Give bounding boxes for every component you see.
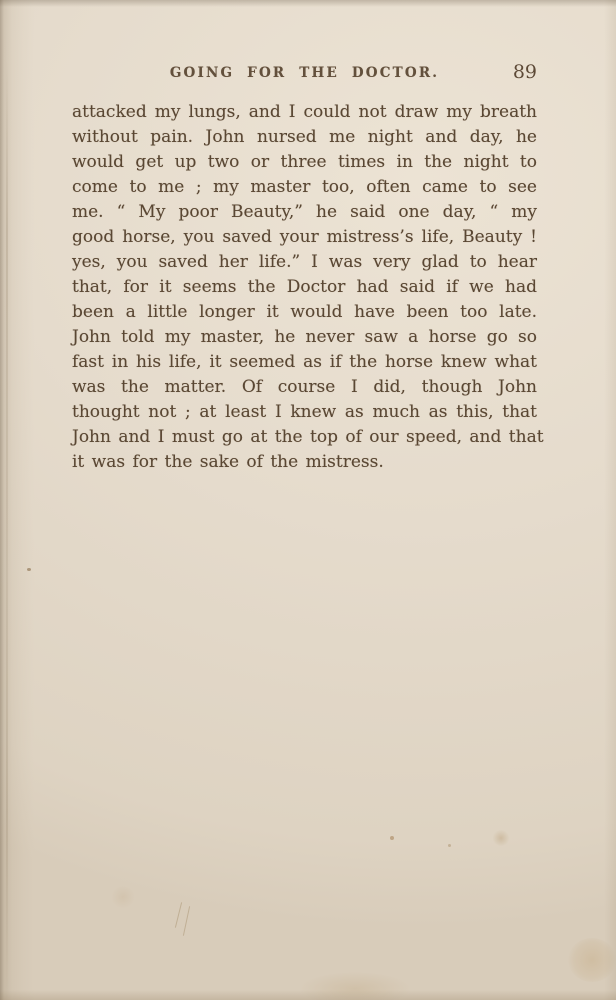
page-right-edge-shadow (604, 0, 616, 1000)
text-line: that, for it seems the Doctor had said i… (72, 275, 537, 300)
page-number: 89 (513, 61, 537, 83)
body-text: attacked my lungs, and I could not draw … (72, 100, 537, 475)
paper-stain (110, 886, 136, 908)
text-line: fast in his life, it seemed as if the ho… (72, 350, 537, 375)
text-line: yes, you saved her life.” I was very gla… (72, 250, 537, 275)
text-line: come to me ; my master too, often came t… (72, 175, 537, 200)
page-left-edge-shadow (0, 0, 34, 1000)
text-line: thought not ; at least I knew as much as… (72, 400, 537, 425)
text-line: would get up two or three times in the n… (72, 150, 537, 175)
page-crease (6, 60, 8, 1000)
page-top-edge-shadow (0, 0, 616, 7)
paper-stain (300, 972, 410, 1000)
book-page-scan: GOING FOR THE DOCTOR. 89 attacked my lun… (0, 0, 616, 1000)
running-head: GOING FOR THE DOCTOR. 89 (72, 63, 537, 85)
text-line: been a little longer it would have been … (72, 300, 537, 325)
text-line: without pain. John nursed me night and d… (72, 125, 537, 150)
paper-stain (568, 938, 616, 982)
paper-speck (448, 844, 451, 847)
text-line: John and I must go at the top of our spe… (72, 425, 537, 450)
page-bottom-edge-shadow (0, 990, 616, 1000)
text-line: me. “ My poor Beauty,” he said one day, … (72, 200, 537, 225)
text-line: was the matter. Of course I did, though … (72, 375, 537, 400)
text-line: attacked my lungs, and I could not draw … (72, 100, 537, 125)
paper-scratch (175, 902, 182, 927)
text-line: it was for the sake of the mistress. (72, 450, 537, 475)
chapter-title: GOING FOR THE DOCTOR. (72, 65, 537, 81)
paper-speck (27, 568, 31, 571)
paper-scratch (183, 906, 190, 936)
text-line: John told my master, he never saw a hors… (72, 325, 537, 350)
paper-stain (492, 830, 510, 846)
text-line: good horse, you saved your mistress’s li… (72, 225, 537, 250)
paper-speck (390, 836, 394, 840)
